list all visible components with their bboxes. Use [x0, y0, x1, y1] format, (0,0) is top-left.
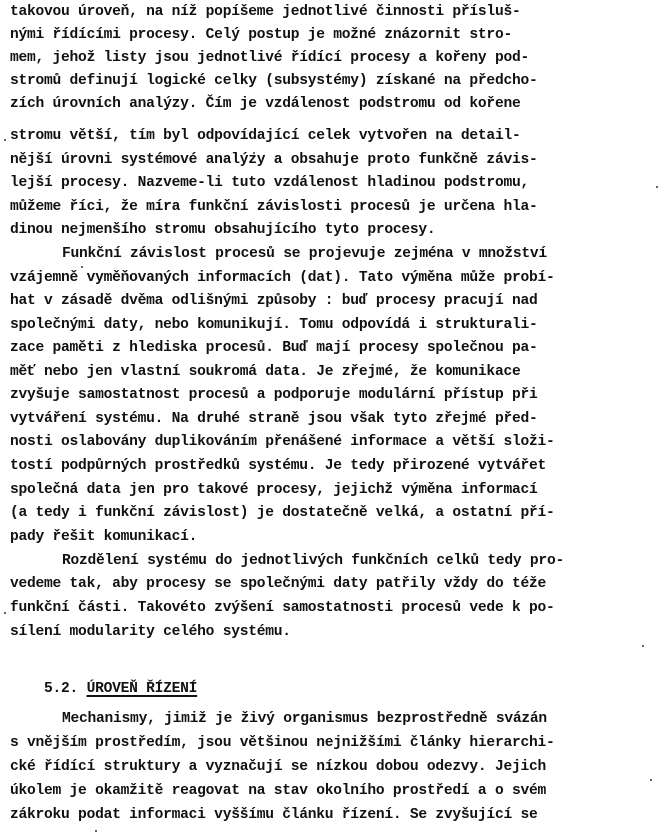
text-line: zvyšuje samostatnost procesů a podporuje… — [10, 385, 537, 405]
text-line: můžeme říci, že míra funkční závislosti … — [10, 197, 537, 217]
text-line: nosti oslabovány duplikováním přenášené … — [10, 432, 555, 452]
text-line: Funkční závislost procesů se projevuje z… — [62, 244, 547, 264]
text-line: dinou nejmenšího stromu obsahujícího tyt… — [10, 220, 435, 240]
scan-speck — [81, 266, 83, 268]
text-line: sílení modularity celého systému. — [10, 622, 291, 642]
text-line: zích úrovních analýzy. Čím je vzdálenost… — [10, 94, 520, 114]
text-line: vzájemně vyměňovaných informacích (dat).… — [10, 268, 555, 288]
scan-speck — [650, 779, 652, 781]
text-line: tostí podpůrných prostředků systému. Je … — [10, 456, 546, 476]
text-line: takovou úroveň, na níž popíšeme jednotli… — [10, 2, 520, 22]
text-line: zákroku podat informaci vyššímu článku ř… — [10, 805, 537, 825]
scanned-typewritten-page: takovou úroveň, na níž popíšeme jednotli… — [0, 0, 670, 837]
text-line: společná data jen pro takové procesy, je… — [10, 480, 537, 500]
text-line: stromů definují logické celky (subsystém… — [10, 71, 537, 91]
text-line: mem, jehož listy jsou jednotlivé řídící … — [10, 48, 529, 68]
scan-speck — [656, 186, 658, 188]
text-line: stromu větší, tím byl odpovídající celek… — [10, 126, 520, 146]
section-title: ÚROVEŇ ŘÍZENÍ — [87, 681, 198, 697]
text-line: Rozdělení systému do jednotlivých funkčn… — [62, 551, 564, 571]
section-number: 5.2. — [44, 681, 78, 697]
scan-speck — [4, 612, 6, 614]
text-line: společnými daty, nebo komunikují. Tomu o… — [10, 315, 537, 335]
text-line: (a tedy i funkční závislost) je dostateč… — [10, 503, 555, 523]
text-line: s vnějším prostředím, jsou většinou nejn… — [10, 733, 555, 753]
text-line: cké řídící struktury a vyznačují se nízk… — [10, 757, 546, 777]
text-line: funkční části. Takovéto zvýšení samostat… — [10, 598, 555, 618]
text-line: lejší procesy. Nazveme-li tuto vzdálenos… — [10, 173, 529, 193]
scan-speck — [95, 830, 97, 832]
scan-speck — [4, 139, 6, 141]
text-line: Mechanismy, jimiž je živý organismus bez… — [62, 709, 547, 729]
scan-speck — [253, 152, 255, 154]
text-line: pady řešit komunikací. — [10, 527, 197, 547]
text-line: hat v zásadě dvěma odlišnými způsoby : b… — [10, 291, 537, 311]
scan-speck — [642, 645, 644, 647]
text-line: nými řídícími procesy. Celý postup je mo… — [10, 25, 512, 45]
text-line: zace paměti z hlediska procesů. Buď mají… — [10, 338, 537, 358]
text-line: nější úrovni systémové analýzy a obsahuj… — [10, 150, 537, 170]
text-line: měť nebo jen vlastní soukromá data. Je z… — [10, 362, 520, 382]
text-line: vedeme tak, aby procesy se společnými da… — [10, 574, 546, 594]
text-line: úkolem je okamžitě reagovat na stav okol… — [10, 781, 546, 801]
text-line: vytváření systému. Na druhé straně jsou … — [10, 409, 537, 429]
